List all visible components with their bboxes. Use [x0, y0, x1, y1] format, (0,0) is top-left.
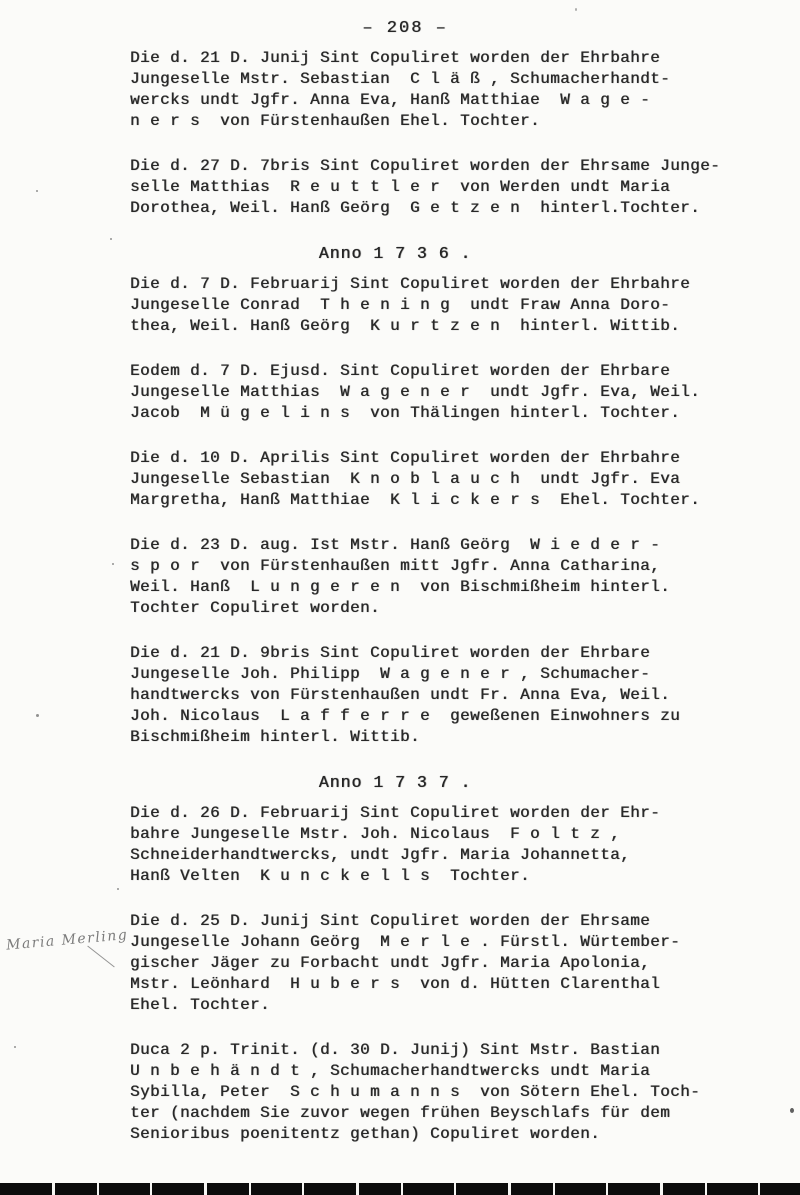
scan-speck	[36, 190, 38, 192]
text-line: Die d. 21 D. 9bris Sint Copuliret worden…	[130, 643, 770, 664]
marriage-record-entry: Die d. 21 D. Junij Sint Copuliret worden…	[130, 48, 770, 132]
scan-edge-artifact-bar	[0, 1183, 800, 1195]
text-line: Jungeselle Joh. Philipp W a g e n e r , …	[130, 664, 770, 685]
marriage-record-entry: Eodem d. 7 D. Ejusd. Sint Copuliret word…	[130, 361, 770, 424]
marriage-record-entry: Die d. 21 D. 9bris Sint Copuliret worden…	[130, 643, 770, 748]
scanned-register-page: – 208 – Die d. 21 D. Junij Sint Copulire…	[0, 0, 800, 1195]
text-line: U n b e h ä n d t , Schumacherhandtwerck…	[130, 1061, 770, 1082]
text-line: Jungeselle Matthias W a g e n e r undt J…	[130, 382, 770, 403]
marriage-record-entry: Die d. 10 D. Aprilis Sint Copuliret word…	[130, 448, 770, 511]
marriage-record-entry: Die d. 26 D. Februarij Sint Copuliret wo…	[130, 803, 770, 887]
text-line: Hanß Velten K u n c k e l l s Tochter.	[130, 866, 770, 887]
text-line: Die d. 10 D. Aprilis Sint Copuliret word…	[130, 448, 770, 469]
marriage-record-entry: Die d. 25 D. Junij Sint Copuliret worden…	[130, 911, 770, 1016]
scan-speck	[117, 888, 119, 890]
text-line: Ehel. Tochter.	[130, 995, 770, 1016]
marriage-record-entry: Die d. 7 D. Februarij Sint Copuliret wor…	[130, 274, 770, 337]
document-body: Die d. 21 D. Junij Sint Copuliret worden…	[130, 48, 770, 1145]
text-line: Die d. 25 D. Junij Sint Copuliret worden…	[130, 911, 770, 932]
text-line: gischer Jäger zu Forbacht undt Jgfr. Mar…	[130, 953, 770, 974]
marriage-record-entry: Die d. 27 D. 7bris Sint Copuliret worden…	[130, 156, 770, 219]
text-line: handtwercks von Fürstenhaußen undt Fr. A…	[130, 685, 770, 706]
text-line: bahre Jungeselle Mstr. Joh. Nicolaus F o…	[130, 824, 770, 845]
text-line: Dorothea, Weil. Hanß Geörg G e t z e n h…	[130, 198, 770, 219]
marriage-record-entry: Duca 2 p. Trinit. (d. 30 D. Junij) Sint …	[130, 1040, 770, 1145]
text-line: Schneiderhandtwercks, undt Jgfr. Maria J…	[130, 845, 770, 866]
text-line: Die d. 7 D. Februarij Sint Copuliret wor…	[130, 274, 770, 295]
text-line: Margretha, Hanß Matthiae K l i c k e r s…	[130, 490, 770, 511]
text-line: Senioribus poenitentz gethan) Copuliret …	[130, 1124, 770, 1145]
text-line: Bischmißheim hinterl. Wittib.	[130, 727, 770, 748]
scan-speck	[36, 714, 39, 717]
text-line: ter (nachdem Sie zuvor wegen frühen Beys…	[130, 1103, 770, 1124]
scan-speck	[575, 8, 577, 11]
scan-speck	[14, 1046, 16, 1048]
text-line: selle Matthias R e u t t l e r von Werde…	[130, 177, 770, 198]
scan-speck	[790, 1108, 794, 1113]
text-line: n e r s von Fürstenhaußen Ehel. Tochter.	[130, 111, 770, 132]
text-line: Mstr. Leönhard H u b e r s von d. Hütten…	[130, 974, 770, 995]
text-line: Jungeselle Johann Geörg M e r l e . Fürs…	[130, 932, 770, 953]
text-line: Sybilla, Peter S c h u m a n n s von Söt…	[130, 1082, 770, 1103]
text-line: Die d. 26 D. Februarij Sint Copuliret wo…	[130, 803, 770, 824]
text-line: Weil. Hanß L u n g e r e n von Bischmißh…	[130, 577, 770, 598]
scan-speck	[112, 563, 114, 565]
page-number: – 208 –	[130, 18, 770, 39]
text-line: Joh. Nicolaus L a f f e r r e geweßenen …	[130, 706, 770, 727]
year-heading: Anno 1 7 3 7 .	[130, 772, 770, 793]
text-line: s p o r von Fürstenhaußen mitt Jgfr. Ann…	[130, 556, 770, 577]
text-line: Die d. 27 D. 7bris Sint Copuliret worden…	[130, 156, 770, 177]
text-line: Tochter Copuliret worden.	[130, 598, 770, 619]
text-line: Jacob M ü g e l i n s von Thälingen hint…	[130, 403, 770, 424]
text-line: Die d. 21 D. Junij Sint Copuliret worden…	[130, 48, 770, 69]
scan-speck	[110, 238, 112, 240]
year-heading: Anno 1 7 3 6 .	[130, 243, 770, 264]
text-line: Duca 2 p. Trinit. (d. 30 D. Junij) Sint …	[130, 1040, 770, 1061]
text-line: Eodem d. 7 D. Ejusd. Sint Copuliret word…	[130, 361, 770, 382]
text-line: Jungeselle Mstr. Sebastian C l ä ß , Sch…	[130, 69, 770, 90]
text-line: Jungeselle Sebastian K n o b l a u c h u…	[130, 469, 770, 490]
text-line: wercks undt Jgfr. Anna Eva, Hanß Matthia…	[130, 90, 770, 111]
text-line: thea, Weil. Hanß Geörg K u r t z e n hin…	[130, 316, 770, 337]
text-line: Die d. 23 D. aug. Ist Mstr. Hanß Geörg W…	[130, 535, 770, 556]
text-line: Jungeselle Conrad T h e n i n g undt Fra…	[130, 295, 770, 316]
marriage-record-entry: Die d. 23 D. aug. Ist Mstr. Hanß Geörg W…	[130, 535, 770, 619]
